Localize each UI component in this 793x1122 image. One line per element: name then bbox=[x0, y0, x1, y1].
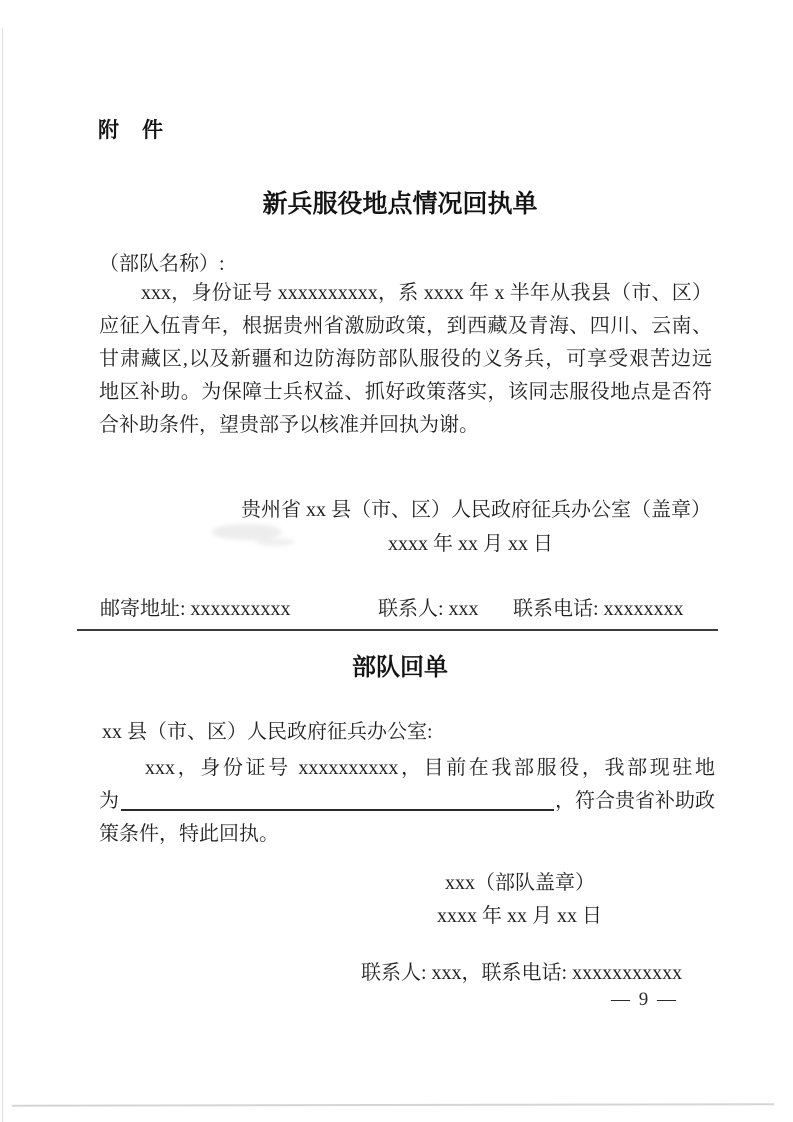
reply-stamp-signature: xxx（部队盖章） bbox=[445, 866, 595, 895]
reply-line: 为 ，符合贵省补助政 bbox=[99, 784, 715, 813]
body-line: 合补助条件，望贵部予以核准并回执为谢。 bbox=[99, 409, 712, 442]
scanned-document-page: 附 件 新兵服役地点情况回执单 （部队名称）: xxx，身份证号 xxxxxxx… bbox=[0, 0, 793, 1122]
reply-contact-info: 联系人: xxx，联系电话: xxxxxxxxxxx bbox=[361, 956, 682, 985]
unit-name-label: （部队名称）: bbox=[99, 247, 225, 276]
pencil-smudge bbox=[255, 538, 295, 546]
body-line: xxx，身份证号 xxxxxxxxxx，系 xxxx 年 x 半年从我县（市、区… bbox=[99, 277, 712, 310]
reply-addressee: xx 县（市、区）人民政府征兵办公室: bbox=[102, 715, 433, 744]
scan-artifact-left-edge bbox=[2, 28, 3, 1122]
body-line: 应征入伍青年，根据贵州省激励政策，到西藏及青海、四川、云南、 bbox=[99, 310, 712, 343]
issuer-date: xxxx 年 xx 月 xx 日 bbox=[388, 527, 553, 556]
reply-date: xxxx 年 xx 月 xx 日 bbox=[437, 899, 602, 928]
reply-line: xxx，身份证号 xxxxxxxxxx，目前在我部服役，我部现驻地 bbox=[99, 751, 715, 780]
mailing-address: 邮寄地址: xxxxxxxxxx bbox=[100, 592, 291, 621]
scan-artifact-bottom-edge bbox=[12, 1103, 774, 1107]
reply-line2-suffix: ，符合贵省补助政 bbox=[555, 784, 715, 813]
body-line: 地区补助。为保障士兵权益、抓好政策落实，该同志服役地点是否符 bbox=[99, 376, 712, 409]
attachment-label: 附 件 bbox=[98, 114, 164, 144]
issuer-signature: 贵州省 xx 县（市、区）人民政府征兵办公室（盖章） bbox=[241, 493, 711, 522]
page-number: — 9 — bbox=[611, 989, 678, 1011]
contact-phone: 联系电话: xxxxxxxx bbox=[513, 592, 684, 621]
contact-person: 联系人: xxx bbox=[378, 592, 479, 621]
receipt-body-paragraph: xxx，身份证号 xxxxxxxxxx，系 xxxx 年 x 半年从我县（市、区… bbox=[99, 277, 712, 442]
section-divider bbox=[77, 629, 718, 631]
receipt-title: 新兵服役地点情况回执单 bbox=[0, 184, 793, 220]
body-line: 甘肃藏区,以及新疆和边防海防部队服役的义务兵，可享受艰苦边远 bbox=[99, 343, 712, 376]
blank-underline-field bbox=[121, 785, 554, 811]
reply-section-title: 部队回单 bbox=[0, 647, 793, 682]
reply-line2-prefix: 为 bbox=[99, 784, 119, 813]
reply-line: 策条件，特此回执。 bbox=[99, 817, 279, 846]
